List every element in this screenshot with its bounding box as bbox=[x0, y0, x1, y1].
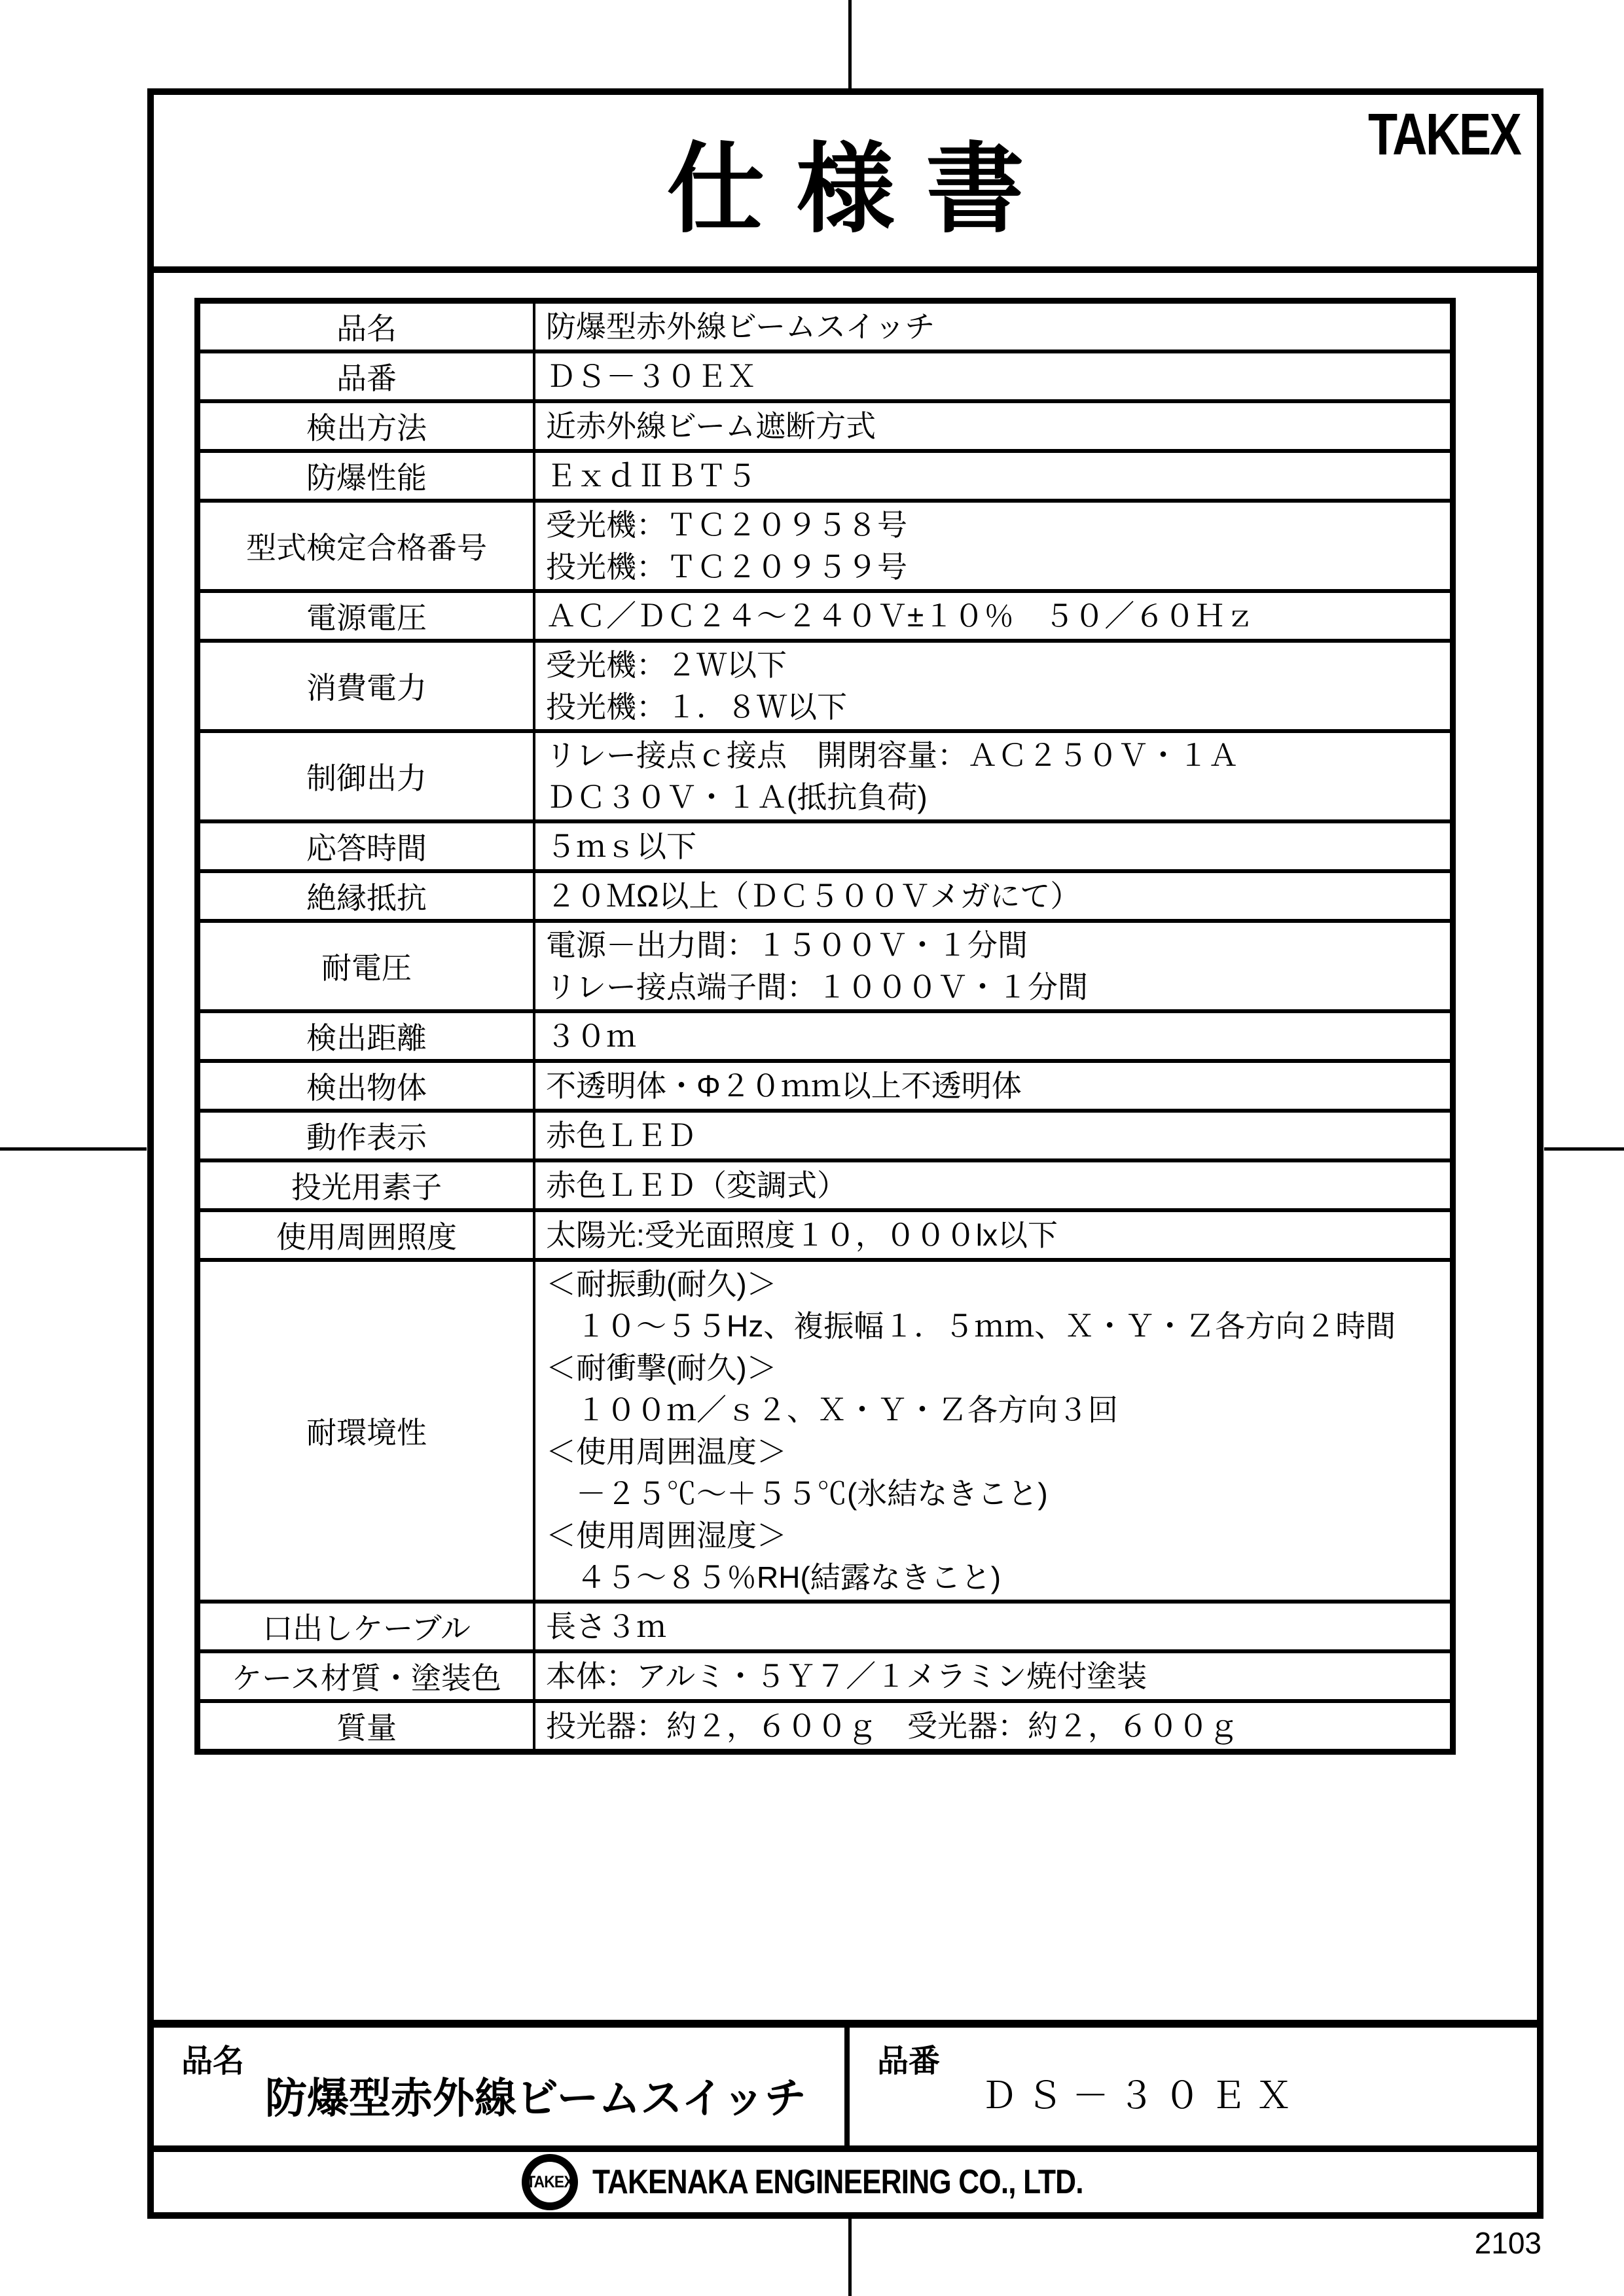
spec-value: 太陽光:受光面照度１０，０００lx以下 bbox=[535, 1212, 1450, 1258]
spec-row: 質量 投光器：約２，６００ｇ 受光器：約２，６００ｇ bbox=[200, 1699, 1450, 1749]
spec-row: 消費電力 受光機：２Ｗ以下投光機：１．８Ｗ以下 bbox=[200, 639, 1450, 729]
spec-label: 型式検定合格番号 bbox=[200, 503, 535, 589]
crop-mark-left bbox=[0, 1147, 147, 1151]
spec-label: 耐電圧 bbox=[200, 923, 535, 1009]
spec-value-line: ３０ｍ bbox=[546, 1015, 1443, 1057]
spec-label: 耐環境性 bbox=[200, 1262, 535, 1600]
page-title: 仕様書 bbox=[635, 110, 1055, 251]
spec-value: 受光機：２Ｗ以下投光機：１．８Ｗ以下 bbox=[535, 643, 1450, 729]
document-border-box: 仕様書 TAKEX 品名 防爆型赤外線ビームスイッチ 品番 ＤＳ－３０ＥＸ 検出… bbox=[147, 88, 1543, 2219]
spec-row: ケース材質・塗装色 本体：アルミ・５Ｙ７／１メラミン焼付塗装 bbox=[200, 1649, 1450, 1699]
spec-row: 口出しケーブル 長さ３ｍ bbox=[200, 1600, 1450, 1649]
spec-value-line: 長さ３ｍ bbox=[546, 1605, 1443, 1647]
spec-row: 検出距離 ３０ｍ bbox=[200, 1009, 1450, 1059]
spec-label: 使用周囲照度 bbox=[200, 1212, 535, 1258]
spec-value: 防爆型赤外線ビームスイッチ bbox=[535, 304, 1450, 350]
spec-value: ＥｘｄⅡＢＴ５ bbox=[535, 453, 1450, 499]
spec-value-line: 受光機：ＴＣ２０９５８号 bbox=[546, 504, 1443, 546]
spec-value: 赤色ＬＥＤ bbox=[535, 1113, 1450, 1158]
spec-value-line: 近赤外線ビーム遮断方式 bbox=[546, 405, 1443, 447]
spec-value-line: 不透明体・Φ２０ｍｍ以上不透明体 bbox=[546, 1065, 1443, 1107]
spec-value-line: １００ｍ／ｓ２、Ｘ・Ｙ・Ｚ各方向３回 bbox=[546, 1389, 1443, 1431]
spec-value-line: 受光機：２Ｗ以下 bbox=[546, 644, 1443, 686]
spec-row: 耐電圧 電源－出力間：１５００Ｖ・１分間リレー接点端子間：１０００Ｖ・１分間 bbox=[200, 919, 1450, 1009]
spec-label: 投光用素子 bbox=[200, 1162, 535, 1208]
spec-label: 質量 bbox=[200, 1703, 535, 1749]
spec-value-line: ＡＣ／ＤＣ２４～２４０Ｖ±１０％ ５０／６０Ｈｚ bbox=[546, 595, 1443, 637]
spec-value-line: １０～５５Hz、複振幅１．５ｍｍ、Ｘ・Ｙ・Ｚ各方向２時間 bbox=[546, 1305, 1443, 1347]
spec-value-line: 投光器：約２，６００ｇ 受光器：約２，６００ｇ bbox=[546, 1705, 1443, 1747]
spec-row: 応答時間 ５ｍｓ以下 bbox=[200, 819, 1450, 869]
spec-value: 赤色ＬＥＤ（変調式） bbox=[535, 1162, 1450, 1208]
spec-value: リレー接点ｃ接点 開閉容量：ＡＣ２５０Ｖ・１ＡＤＣ３０Ｖ・１Ａ(抵抗負荷) bbox=[535, 733, 1450, 819]
spec-row: 投光用素子 赤色ＬＥＤ（変調式） bbox=[200, 1158, 1450, 1208]
spec-value-line: ＤＣ３０Ｖ・１Ａ(抵抗負荷) bbox=[546, 776, 1443, 818]
takex-brand-logo: TAKEX bbox=[1368, 101, 1520, 169]
spec-row: 絶縁抵抗 ２０ＭΩ以上（ＤＣ５００Ｖメガにて） bbox=[200, 869, 1450, 919]
doc-number: 2103 bbox=[1475, 2225, 1542, 2261]
spec-value-line: 本体：アルミ・５Ｙ７／１メラミン焼付塗装 bbox=[546, 1655, 1443, 1697]
spec-value-line: －２５℃～＋５５℃(氷結なきこと) bbox=[546, 1473, 1443, 1515]
product-number-label: 品番 bbox=[877, 2036, 940, 2081]
spec-value-line: ４５～８５％RH(結露なきこと) bbox=[546, 1556, 1443, 1598]
takex-circle-logo-icon: TAKEX bbox=[522, 2154, 578, 2210]
spec-value: ５ｍｓ以下 bbox=[535, 823, 1450, 869]
spec-value: ３０ｍ bbox=[535, 1013, 1450, 1059]
spec-value-line: 赤色ＬＥＤ bbox=[546, 1115, 1443, 1157]
spec-row: 型式検定合格番号 受光機：ＴＣ２０９５８号投光機：ＴＣ２０９５９号 bbox=[200, 499, 1450, 589]
product-id-row: 品名 防爆型赤外線ビームスイッチ 品番 ＤＳ－３０ＥＸ bbox=[154, 2028, 1537, 2152]
spec-row: 使用周囲照度 太陽光:受光面照度１０，０００lx以下 bbox=[200, 1208, 1450, 1258]
spec-label: 検出方法 bbox=[200, 403, 535, 449]
spec-label: 品名 bbox=[200, 304, 535, 350]
spec-row: 検出方法 近赤外線ビーム遮断方式 bbox=[200, 399, 1450, 449]
spec-label: 消費電力 bbox=[200, 643, 535, 729]
spec-label: ケース材質・塗装色 bbox=[200, 1653, 535, 1699]
crop-mark-right bbox=[1544, 1147, 1624, 1151]
title-bar: 仕様書 TAKEX bbox=[154, 95, 1537, 273]
spec-value: 長さ３ｍ bbox=[535, 1604, 1450, 1649]
spec-label: 制御出力 bbox=[200, 733, 535, 819]
spec-row: 動作表示 赤色ＬＥＤ bbox=[200, 1109, 1450, 1158]
spec-label: 検出距離 bbox=[200, 1013, 535, 1059]
spec-value: ＡＣ／ＤＣ２４～２４０Ｖ±１０％ ５０／６０Ｈｚ bbox=[535, 593, 1450, 639]
spec-value-line: ５ｍｓ以下 bbox=[546, 825, 1443, 867]
spec-value-line: 太陽光:受光面照度１０，０００lx以下 bbox=[546, 1214, 1443, 1256]
product-name-value: 防爆型赤外線ビームスイッチ bbox=[154, 2048, 806, 2125]
spec-row: 品名 防爆型赤外線ビームスイッチ bbox=[200, 304, 1450, 350]
product-name-label: 品名 bbox=[181, 2036, 244, 2081]
spec-table: 品名 防爆型赤外線ビームスイッチ 品番 ＤＳ－３０ＥＸ 検出方法 近赤外線ビーム… bbox=[194, 298, 1456, 1755]
spec-value-line: ＥｘｄⅡＢＴ５ bbox=[546, 455, 1443, 497]
company-footer-bar: TAKEX TAKENAKA ENGINEERING CO., LTD. bbox=[154, 2152, 1537, 2212]
bottom-block: 品名 防爆型赤外線ビームスイッチ 品番 ＤＳ－３０ＥＸ TAKEX TAKENA… bbox=[154, 2020, 1537, 2212]
spec-row: 耐環境性 ＜耐振動(耐久)＞ １０～５５Hz、複振幅１．５ｍｍ、Ｘ・Ｙ・Ｚ各方向… bbox=[200, 1258, 1450, 1600]
spec-row: 制御出力 リレー接点ｃ接点 開閉容量：ＡＣ２５０Ｖ・１ＡＤＣ３０Ｖ・１Ａ(抵抗負… bbox=[200, 729, 1450, 819]
spec-value-line: ＜耐衝撃(耐久)＞ bbox=[546, 1347, 1443, 1389]
spec-value: 本体：アルミ・５Ｙ７／１メラミン焼付塗装 bbox=[535, 1653, 1450, 1699]
spec-row: 検出物体 不透明体・Φ２０ｍｍ以上不透明体 bbox=[200, 1059, 1450, 1109]
spec-value-line: 防爆型赤外線ビームスイッチ bbox=[546, 306, 1443, 348]
spec-label: 応答時間 bbox=[200, 823, 535, 869]
spec-value: 不透明体・Φ２０ｍｍ以上不透明体 bbox=[535, 1063, 1450, 1109]
spec-value-line: 電源－出力間：１５００Ｖ・１分間 bbox=[546, 924, 1443, 966]
spec-row: 電源電圧 ＡＣ／ＤＣ２４～２４０Ｖ±１０％ ５０／６０Ｈｚ bbox=[200, 589, 1450, 639]
spec-value: ＜耐振動(耐久)＞ １０～５５Hz、複振幅１．５ｍｍ、Ｘ・Ｙ・Ｚ各方向２時間＜耐… bbox=[535, 1262, 1450, 1600]
spec-row: 防爆性能 ＥｘｄⅡＢＴ５ bbox=[200, 449, 1450, 499]
spec-value-line: 投光機：ＴＣ２０９５９号 bbox=[546, 546, 1443, 588]
spec-value-line: ＜耐振動(耐久)＞ bbox=[546, 1263, 1443, 1305]
spec-value-line: リレー接点端子間：１０００Ｖ・１分間 bbox=[546, 966, 1443, 1008]
takex-circle-logo-text: TAKEX bbox=[526, 2173, 573, 2192]
spec-label: 防爆性能 bbox=[200, 453, 535, 499]
spec-row: 品番 ＤＳ－３０ＥＸ bbox=[200, 350, 1450, 399]
spec-value-line: リレー接点ｃ接点 開閉容量：ＡＣ２５０Ｖ・１Ａ bbox=[546, 734, 1443, 776]
spec-value: 電源－出力間：１５００Ｖ・１分間リレー接点端子間：１０００Ｖ・１分間 bbox=[535, 923, 1450, 1009]
company-name: TAKENAKA ENGINEERING CO., LTD. bbox=[592, 2162, 1083, 2202]
crop-mark-bottom bbox=[848, 2219, 852, 2296]
spec-value: 近赤外線ビーム遮断方式 bbox=[535, 403, 1450, 449]
spec-value-line: ＤＳ－３０ＥＸ bbox=[546, 355, 1443, 397]
spec-value: 投光器：約２，６００ｇ 受光器：約２，６００ｇ bbox=[535, 1703, 1450, 1749]
spec-value-line: ＜使用周囲湿度＞ bbox=[546, 1515, 1443, 1556]
spec-label: 絶縁抵抗 bbox=[200, 873, 535, 919]
spec-label: 検出物体 bbox=[200, 1063, 535, 1109]
spec-value: ＤＳ－３０ＥＸ bbox=[535, 353, 1450, 399]
spec-value: 受光機：ＴＣ２０９５８号投光機：ＴＣ２０９５９号 bbox=[535, 503, 1450, 589]
spec-label: 電源電圧 bbox=[200, 593, 535, 639]
spec-value-line: 赤色ＬＥＤ（変調式） bbox=[546, 1164, 1443, 1206]
spec-value: ２０ＭΩ以上（ＤＣ５００Ｖメガにて） bbox=[535, 873, 1450, 919]
crop-mark-top bbox=[848, 0, 852, 90]
spec-label: 口出しケーブル bbox=[200, 1604, 535, 1649]
product-name-cell: 品名 防爆型赤外線ビームスイッチ bbox=[154, 2028, 850, 2145]
spec-label: 動作表示 bbox=[200, 1113, 535, 1158]
spec-sheet-page: 仕様書 TAKEX 品名 防爆型赤外線ビームスイッチ 品番 ＤＳ－３０ＥＸ 検出… bbox=[0, 0, 1624, 2296]
spec-value-line: ２０ＭΩ以上（ＤＣ５００Ｖメガにて） bbox=[546, 875, 1443, 917]
product-number-cell: 品番 ＤＳ－３０ＥＸ bbox=[850, 2028, 1537, 2145]
spec-value-line: ＜使用周囲温度＞ bbox=[546, 1431, 1443, 1473]
spec-label: 品番 bbox=[200, 353, 535, 399]
spec-value-line: 投光機：１．８Ｗ以下 bbox=[546, 686, 1443, 728]
